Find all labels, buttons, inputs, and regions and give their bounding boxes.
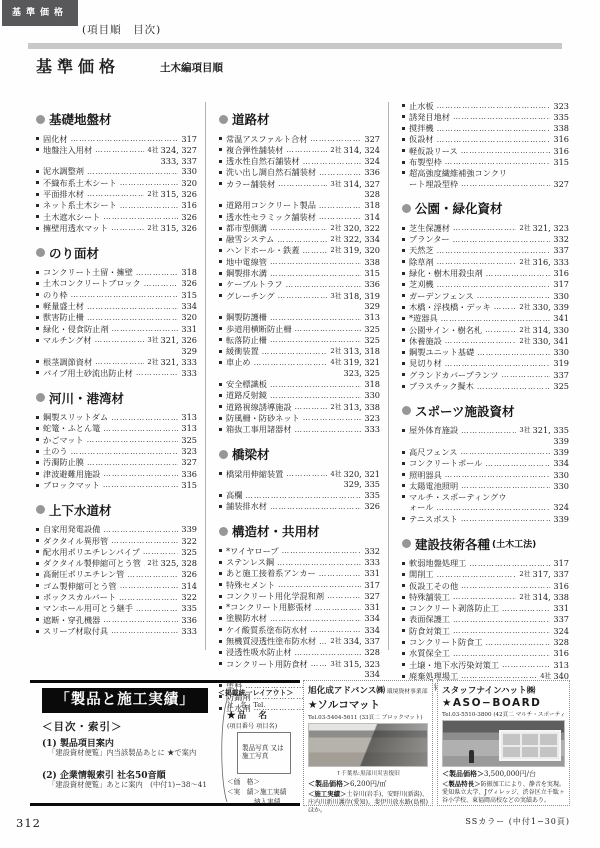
- item-line: ステンレス鋼333: [219, 557, 380, 568]
- page-refs: 334: [553, 458, 569, 468]
- item-line: 特殊舗装工2社314, 338: [402, 591, 569, 602]
- page-refs: 317: [553, 558, 569, 568]
- index-item: 芝刈機317: [402, 279, 569, 290]
- item-line: 都市型側溝2社320, 322: [219, 222, 380, 233]
- item-bullet-icon: [402, 115, 405, 118]
- page-refs: 326: [181, 278, 197, 288]
- page-refs: 326: [181, 569, 197, 579]
- index-item: ネット系土木シート316: [36, 200, 197, 211]
- firm-count: 2社: [330, 145, 341, 155]
- item-line: 道路反射鏡330: [219, 390, 380, 401]
- sample-company-line: 社 名 Tel.: [227, 699, 298, 709]
- index-item: 緩衝装置2社313, 318: [219, 346, 380, 357]
- item-line: 蛇篭・ふとん篭313: [36, 423, 197, 434]
- page-refs: 313: [364, 312, 380, 322]
- page-refs: 324: [553, 502, 569, 512]
- index-item: 根茎調節資材2社321, 333: [36, 356, 197, 367]
- page-refs: 317: [364, 580, 380, 590]
- item-line: ネット系土木シート316: [36, 200, 197, 211]
- page-refs-continued: 329, 335: [219, 479, 380, 489]
- page-refs: 314, 327: [344, 179, 380, 189]
- item-label: 鋼製ユニット基礎: [409, 347, 474, 357]
- page-refs: 316: [553, 648, 569, 658]
- dot-leader: [95, 144, 144, 155]
- item-bullet-icon: [219, 283, 222, 286]
- dot-leader: [461, 480, 550, 491]
- index-item: コンクリート用化学混和剤327: [219, 590, 380, 601]
- item-line: 休養施設2社330, 341: [402, 335, 569, 346]
- item-label: 常温アスファルト合材: [226, 134, 307, 144]
- index-item: 太陽電池照明330: [402, 480, 569, 491]
- page-refs: 318, 319: [344, 291, 380, 301]
- item-label: プランター: [409, 234, 450, 244]
- index-item: マルチ・スポーティングウォール324: [402, 492, 569, 514]
- item-line: 泥水調整剤330: [36, 166, 197, 177]
- dot-leader: [120, 200, 179, 211]
- bottom-strip: 「製品と施工実績」 ＜目次・索引＞ (1) 製品項目案内 「建設資材便覧」内当該…: [30, 678, 570, 810]
- item-line: 無機質浸透性塗布防水材2社334, 337: [219, 636, 380, 647]
- page-refs: 330, 341: [533, 336, 569, 346]
- item-line: 道路視線誘導施設2社313, 338: [219, 401, 380, 412]
- page-refs: 324: [364, 156, 380, 166]
- item-line: 軟弱地盤処理工317: [402, 558, 569, 569]
- section-title: 構造材・共用材: [232, 522, 320, 540]
- index-item: 止水板323: [402, 100, 569, 111]
- dot-leader: [319, 636, 327, 647]
- dot-leader: [502, 659, 550, 670]
- index-item: 防食対策工324: [402, 625, 569, 636]
- sample-photo-placeholder: 製品写真 又は 施工写真: [237, 732, 291, 774]
- firm-count: 2社: [330, 636, 341, 646]
- item-line: ハンドホール・鉄蓋2社319, 320: [219, 245, 380, 256]
- item-bullet-icon: [36, 305, 39, 308]
- index-item: コンクリート剥落防止工331: [402, 603, 569, 614]
- item-label: ォール: [409, 502, 433, 512]
- dot-leader: [286, 468, 327, 479]
- item-label: コンクリートポール: [409, 458, 482, 468]
- item-bullet-icon: [402, 362, 405, 365]
- item-label: 平面排水材: [43, 189, 84, 199]
- page-refs: 320, 321: [344, 469, 380, 479]
- ad-company-row: スタッフナインハット㈱: [442, 684, 565, 696]
- item-bullet-icon: [36, 528, 39, 531]
- dot-leader: [277, 234, 327, 245]
- item-bullet-icon: [219, 260, 222, 263]
- item-label: コンクリート土留・擁壁: [43, 267, 133, 277]
- item-bullet-icon: [402, 641, 405, 644]
- item-label: 鋼製防護柵: [226, 312, 267, 322]
- item-label: 超高強度繊維補強コンクリ: [409, 168, 507, 178]
- item-line: 天然芝337: [402, 245, 569, 256]
- dot-leader: [278, 579, 361, 590]
- ad-detail-line: ＜製品特長＞防振加工により、静音を実現。愛知県立大学、Jヴィレッジ、渋谷区立千駄…: [442, 780, 565, 805]
- item-label: 高尺フェンス: [409, 447, 457, 457]
- index-item: 配水用ポリエチレンパイプ325: [36, 546, 197, 557]
- page-refs: 325: [181, 435, 197, 445]
- firm-count: 4社: [147, 145, 158, 155]
- item-bullet-icon: [402, 385, 405, 388]
- page-refs: 336: [364, 279, 380, 289]
- page-refs: 330: [553, 481, 569, 491]
- item-bullet-icon: [36, 148, 39, 151]
- item-label: 津波避難用施設: [43, 469, 100, 479]
- item-label: 水質保全工: [409, 648, 450, 658]
- item-line: ゴム製伸縮可とう管314: [36, 580, 197, 591]
- dot-leader: [277, 557, 361, 568]
- item-bullet-icon: [219, 606, 222, 609]
- index-item: 軟弱地盤処理工317: [402, 558, 569, 569]
- ad-tel-line: Tel.03-5404-5611 (33頁二 ブロックマット): [308, 713, 428, 721]
- item-bullet-icon: [402, 317, 405, 320]
- item-bullet-icon: [402, 238, 405, 241]
- item-label: *コンクリート用膨張材: [226, 602, 312, 612]
- page-refs: 339: [553, 447, 569, 457]
- page-refs: 331: [553, 603, 569, 613]
- index-item: 天然芝337: [402, 245, 569, 256]
- dot-leader: [295, 647, 362, 658]
- item-label: マルチング材: [43, 335, 92, 345]
- item-label: 土壌・地下水汚染対策工: [409, 660, 499, 670]
- dot-leader: [437, 279, 551, 290]
- index-item: 防風柵・防砂ネット323: [219, 412, 380, 423]
- page-refs-continued: 329: [219, 301, 380, 311]
- index-item: 鋼製スリットダム313: [36, 412, 197, 423]
- dot-leader: [295, 401, 328, 412]
- dot-leader: [95, 334, 145, 345]
- item-line: 自家用発電設備339: [36, 524, 197, 535]
- item-label: 表面保護工: [409, 614, 450, 624]
- item-bullet-icon: [219, 327, 222, 330]
- item-line-continued: ート埋設型枠327: [402, 178, 569, 189]
- page-refs: 331: [364, 568, 380, 578]
- dot-leader: [477, 381, 551, 392]
- item-label: 浸透性吸水防止材: [226, 647, 292, 657]
- dot-leader: [437, 569, 517, 580]
- section-heading: 上下水道材: [36, 501, 197, 519]
- item-line: 土木コンクリートブロック326: [36, 278, 197, 289]
- index-item: *遊器具341: [402, 313, 569, 324]
- item-line: 水質保全工316: [402, 648, 569, 659]
- item-label: 鋼製排水溝: [226, 268, 267, 278]
- item-line: グランドカバープランツ337: [402, 369, 569, 380]
- sample-item-line: (項目番号 項目名): [227, 721, 298, 730]
- item-bullet-icon: [402, 429, 405, 432]
- item-line: 仮設工その他316: [402, 580, 569, 591]
- page-refs: 333: [181, 368, 197, 378]
- dot-leader: [278, 178, 327, 189]
- item-bullet-icon: [402, 562, 405, 565]
- item-line: コンクリート土留・擁壁318: [36, 267, 197, 278]
- item-label: ステンレス鋼: [226, 557, 274, 567]
- item-line: 鋼製スリットダム313: [36, 412, 197, 423]
- item-line: 舗装排水材326: [219, 501, 380, 512]
- item-bullet-icon: [402, 451, 405, 454]
- ad-price-label: ＜製品価格＞: [442, 770, 484, 778]
- page-refs: 321, 335: [533, 425, 569, 435]
- dot-leader: [486, 637, 551, 648]
- item-label: パイプ用土砂流出防止材: [43, 368, 133, 378]
- index-item: 高耐圧ポリエチレン管326: [36, 569, 197, 580]
- item-bullet-icon: [36, 360, 39, 363]
- dot-leader: [111, 412, 178, 423]
- page-refs: 339: [553, 514, 569, 524]
- item-bullet-icon: [402, 272, 405, 275]
- page-refs: 313: [181, 423, 197, 433]
- item-label: 防食対策工: [409, 626, 450, 636]
- index-item: 高欄335: [219, 490, 380, 501]
- page-refs: 330: [553, 347, 569, 357]
- item-line: プランター332: [402, 234, 569, 245]
- page-refs: 315: [181, 290, 197, 300]
- dot-leader: [295, 424, 362, 435]
- index-item: 除草剤2社316, 333: [402, 256, 569, 267]
- page-refs: 328: [553, 637, 569, 647]
- index-item: 橋梁用伸縮装置4社320, 321329, 335: [219, 468, 380, 490]
- item-line: 地盤注入用材4社324, 327: [36, 144, 197, 155]
- page-refs: 319, 320: [344, 245, 380, 255]
- item-label: 緑化・樹木用殺虫剤: [409, 268, 483, 278]
- section-bullet-icon: [402, 539, 411, 548]
- item-bullet-icon: [219, 472, 222, 475]
- page-refs: 319: [553, 358, 569, 368]
- item-label: コンクリート防食工: [409, 637, 483, 647]
- item-line: 透水性セラミック舗装材314: [219, 211, 380, 222]
- firm-count: 3社: [330, 179, 341, 189]
- item-label: マンホール用可とう継手: [43, 603, 133, 613]
- page-refs-continued: 339: [402, 436, 569, 446]
- page-refs: 315: [553, 157, 569, 167]
- item-bullet-icon: [36, 584, 39, 587]
- dot-leader: [461, 513, 551, 524]
- page-refs: 330, 339: [533, 302, 569, 312]
- page-refs: 317: [553, 279, 569, 289]
- item-bullet-icon: [36, 550, 39, 553]
- layout-sample-title: ＜掲載統一レイアウト＞: [218, 687, 298, 697]
- item-line: 軽量盛土材334: [36, 301, 197, 312]
- index-item: 洗い出し調自然石舗装材336: [219, 167, 380, 178]
- index-item: 仮設工その他316: [402, 580, 569, 591]
- item-line: 複合弾性舗装材2社314, 324: [219, 144, 380, 155]
- item-label: 複合弾性舗装材: [226, 145, 283, 155]
- page-refs: 339: [181, 524, 197, 534]
- dot-leader: [245, 490, 361, 501]
- item-line: *遊器具341: [402, 313, 569, 324]
- item-line: 橋梁用伸縮装置4社320, 321: [219, 468, 380, 479]
- item-bullet-icon: [36, 607, 39, 610]
- item-label: 高耐圧ポリエチレン管: [43, 569, 124, 579]
- dot-leader: [437, 123, 551, 134]
- item-line: スリーブ材取付具333: [36, 625, 197, 636]
- section-heading: 構造材・共用材: [219, 522, 380, 540]
- item-label: グランドカバープランツ: [409, 370, 498, 380]
- page-refs: 333: [181, 626, 197, 636]
- page-refs: 334: [364, 613, 380, 623]
- item-line: *ワイヤロープ332: [219, 545, 380, 556]
- index-item: 開削工2社317, 337: [402, 569, 569, 580]
- dot-leader: [270, 390, 361, 401]
- page-refs-continued: 333, 337: [36, 156, 197, 166]
- page-refs: 313, 318: [344, 346, 380, 356]
- page-refs: 332: [364, 546, 380, 556]
- item-label: マルチ・スポーティングウ: [409, 492, 506, 502]
- item-label: あと施工接着系アンカー: [226, 568, 316, 578]
- dot-leader: [144, 278, 179, 289]
- dot-leader: [270, 334, 361, 345]
- dot-leader: [95, 356, 144, 367]
- item-label: 高欄: [226, 490, 242, 500]
- dot-leader: [461, 178, 550, 189]
- index-item: 常温アスファルト合材327: [219, 133, 380, 144]
- section-title: 河川・港湾材: [49, 389, 124, 407]
- item-line: 特殊セメント317: [219, 579, 380, 590]
- dot-leader: [111, 535, 178, 546]
- item-bullet-icon: [36, 438, 39, 441]
- item-line-continued: ォール324: [402, 502, 569, 513]
- dot-leader: [282, 545, 362, 556]
- page-refs: 336: [181, 615, 197, 625]
- item-label: 固化材: [43, 134, 68, 144]
- item-bullet-icon: [36, 618, 39, 621]
- index-item: 緑化・侵食防止剤331: [36, 323, 197, 334]
- item-line: 見切り材319: [402, 358, 569, 369]
- index-item: 歩道用横断防止柵325: [219, 323, 380, 334]
- index-item: ケイ酸質系塗布防水材334: [219, 624, 380, 635]
- item-line: グレーチング3社318, 319: [219, 290, 380, 301]
- dot-leader: [103, 211, 178, 222]
- ad-product-name: ★ASO−BOARD: [442, 697, 565, 709]
- dot-leader: [453, 222, 516, 233]
- item-bullet-icon: [402, 127, 405, 130]
- item-line: 擁壁用透水マット2社315, 326: [36, 222, 197, 233]
- item-line: マルチ・スポーティングウ: [402, 492, 569, 502]
- item-line: 根茎調節資材2社321, 333: [36, 356, 197, 367]
- item-label: 転落防止柵: [226, 335, 267, 345]
- dot-leader: [303, 412, 362, 423]
- index-item: 都市型側溝2社320, 322: [219, 222, 380, 233]
- item-line: 獣害防止柵320: [36, 312, 197, 323]
- page-refs: 324: [553, 626, 569, 636]
- index-item: 不織布系土木シート320: [36, 177, 197, 188]
- item-bullet-icon: [36, 371, 39, 374]
- page-refs: 316: [181, 200, 197, 210]
- item-bullet-icon: [219, 171, 222, 174]
- dot-leader: [319, 211, 361, 222]
- index-item: パイプ用土砂流出防止材333: [36, 367, 197, 378]
- item-label: ダクタイル異形管: [43, 536, 108, 546]
- item-line: かごマット325: [36, 434, 197, 445]
- index-item: *コンクリート用膨張材331: [219, 602, 380, 613]
- index-item: かごマット325: [36, 434, 197, 445]
- item-label: コンクリート用化学混和剤: [226, 591, 324, 601]
- toc-item-2-note: 「建設資材便覧」あとに案内 (中付1)−38〜41: [48, 780, 207, 790]
- index-item: 車止め4社319, 321323, 325: [219, 357, 380, 379]
- item-label: 泥水調整剤: [43, 166, 84, 176]
- dot-leader: [437, 256, 517, 267]
- page-refs: 321, 326: [161, 335, 197, 345]
- item-bullet-icon: [36, 450, 39, 453]
- section-bullet-icon: [219, 450, 228, 459]
- page-refs: 331: [181, 324, 197, 334]
- item-bullet-icon: [402, 596, 405, 599]
- item-label: 止水板: [409, 101, 434, 111]
- item-line: 不織布系土木シート320: [36, 177, 197, 188]
- index-item: 道路用コンクリート製品318: [219, 200, 380, 211]
- item-line: ガーデンフェンス330: [402, 290, 569, 301]
- index-item: プランター332: [402, 234, 569, 245]
- page-refs: 330: [553, 470, 569, 480]
- index-item: 道路反射鏡330: [219, 390, 380, 401]
- item-label: 車止め: [226, 357, 251, 367]
- dot-leader: [270, 312, 361, 323]
- item-line: 平面排水材2社315, 326: [36, 188, 197, 199]
- page-subtitle: 土木編項目順: [160, 60, 223, 75]
- item-line: 安全標識板318: [219, 379, 380, 390]
- page-refs: 322: [181, 592, 197, 602]
- item-bullet-icon: [36, 193, 39, 196]
- section-title: 建設技術各種: [415, 535, 490, 553]
- dot-leader: [270, 501, 361, 512]
- page-refs: 321, 333: [161, 357, 197, 367]
- item-label: テニスポスト: [409, 514, 458, 524]
- item-label: 橋梁用伸縮装置: [226, 469, 283, 479]
- item-bullet-icon: [36, 339, 39, 342]
- item-bullet-icon: [219, 272, 222, 275]
- item-line: 土木遮水シート326: [36, 211, 197, 222]
- item-line: 道路用コンクリート製品318: [219, 200, 380, 211]
- item-bullet-icon: [402, 161, 405, 164]
- firm-count: 4社: [330, 357, 341, 367]
- page-refs: 316: [553, 581, 569, 591]
- item-label: ガーデンフェンス: [409, 291, 474, 301]
- page-refs: 330: [181, 166, 197, 176]
- page-refs: 314: [364, 212, 380, 222]
- item-label: 透水性自然石舗装材: [226, 156, 300, 166]
- item-bullet-icon: [402, 663, 405, 666]
- index-item: 平面排水材2社315, 326: [36, 188, 197, 199]
- section-heading: 道路材: [219, 110, 380, 128]
- item-bullet-icon: [402, 573, 405, 576]
- person-silhouette-icon: [469, 750, 474, 763]
- item-line: 芝刈機317: [402, 279, 569, 290]
- dot-leader: [461, 425, 516, 436]
- index-item: 軽量盛土材334: [36, 301, 197, 312]
- dot-leader: [87, 166, 178, 177]
- dot-leader: [103, 614, 178, 625]
- dot-leader: [310, 624, 361, 635]
- ad-price-line: ＜製品価格＞3,500,000円/台: [442, 769, 565, 779]
- item-line: 木橋・浮桟橋・デッキ2社330, 339: [402, 301, 569, 312]
- page-refs: 338: [553, 123, 569, 133]
- page-refs: 314, 324: [344, 145, 380, 155]
- ad-company-name: 旭化成アドバンス㈱: [308, 684, 385, 696]
- item-bullet-icon: [402, 149, 405, 152]
- firm-count: 2社: [519, 569, 530, 579]
- page-refs: 320, 322: [344, 223, 380, 233]
- item-bullet-icon: [219, 316, 222, 319]
- dot-leader: [270, 613, 361, 624]
- page-refs: 325: [364, 335, 380, 345]
- dot-leader: [453, 625, 550, 636]
- item-bullet-icon: [219, 572, 222, 575]
- section-heading: スポーツ施設資材: [402, 402, 569, 420]
- item-bullet-icon: [219, 494, 222, 497]
- item-line: 軽仮設リース316: [402, 145, 569, 156]
- item-line: 津波避難用施設336: [36, 468, 197, 479]
- item-label: 土のう: [43, 446, 68, 456]
- item-bullet-icon: [219, 651, 222, 654]
- index-item: 箱抜工事用諸器材333: [219, 424, 380, 435]
- item-label: ブロックマット: [43, 480, 100, 490]
